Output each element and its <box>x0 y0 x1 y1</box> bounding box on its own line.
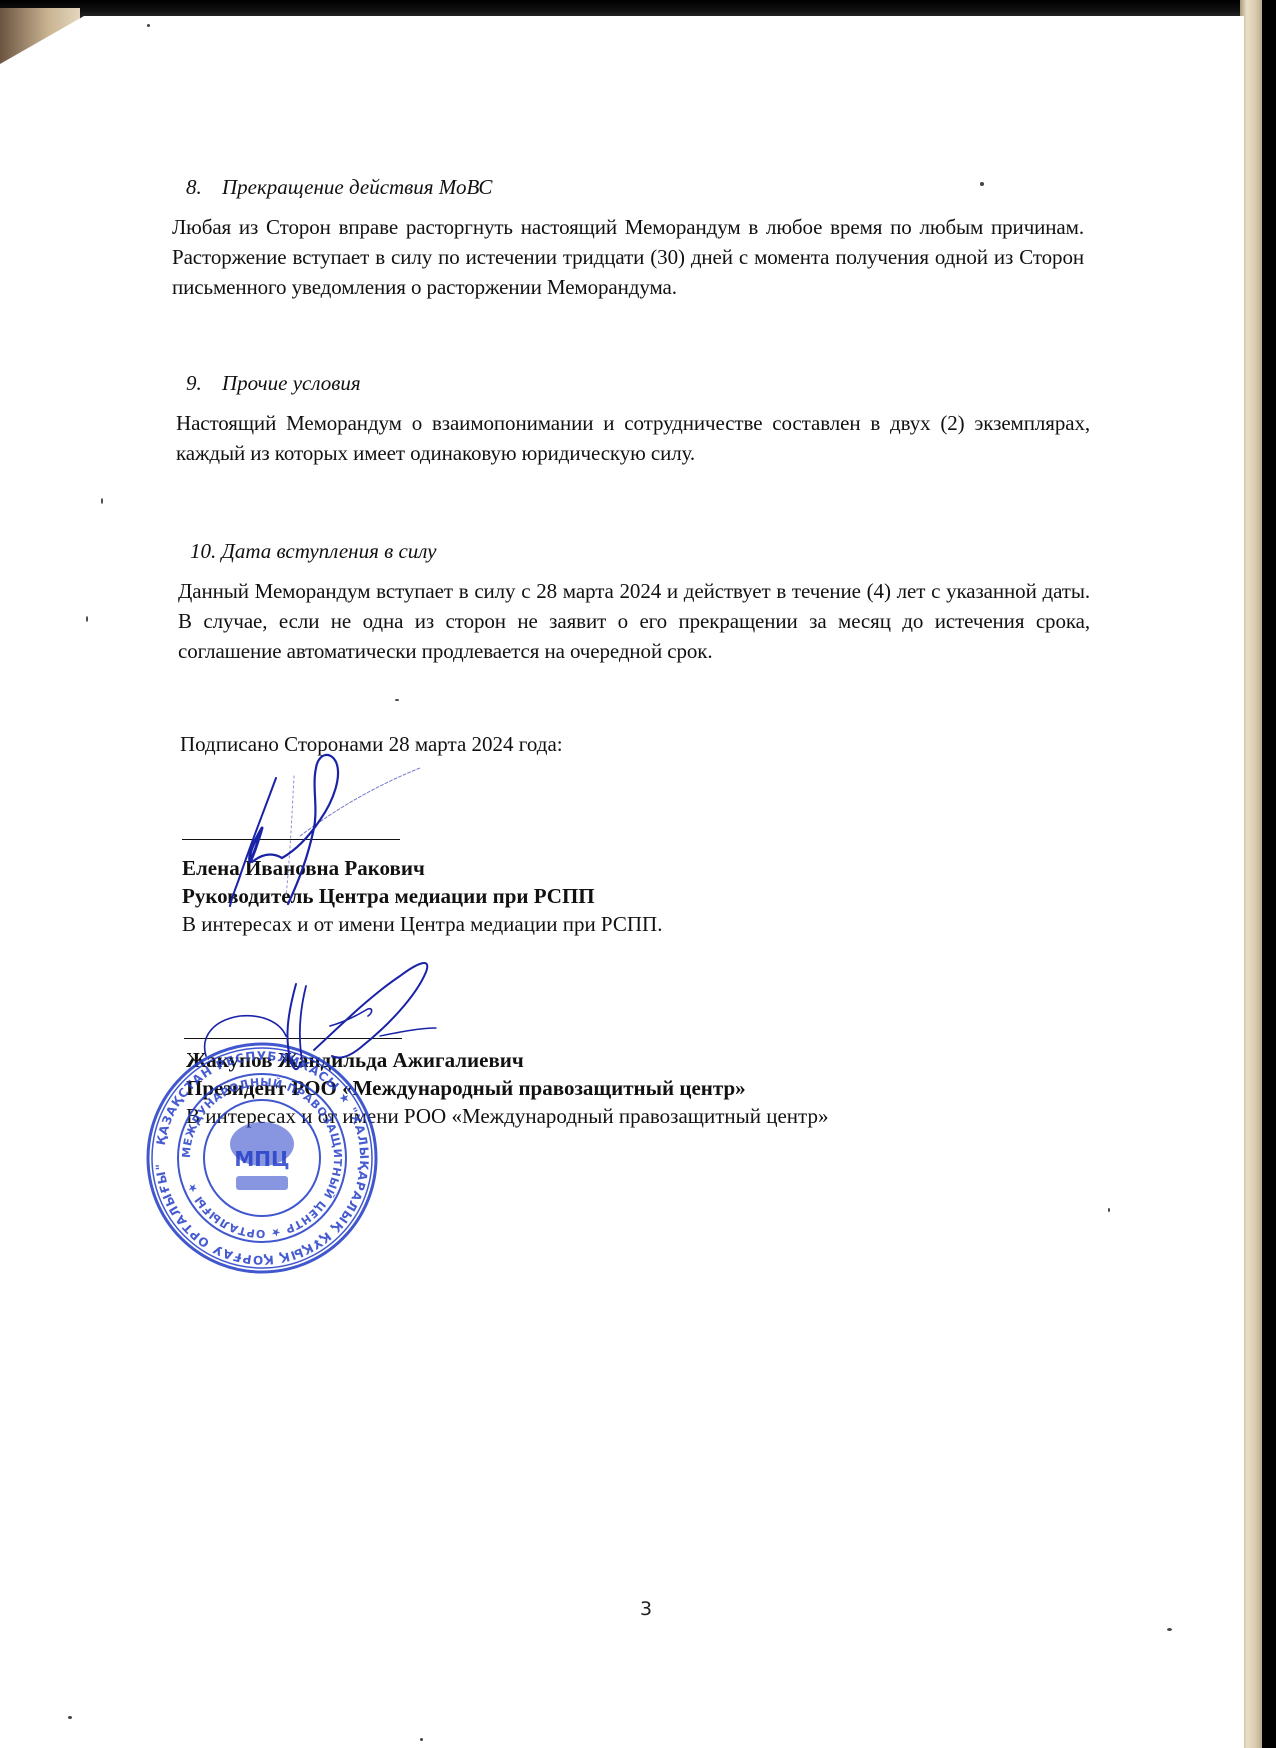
scan-speck <box>980 182 984 186</box>
signatory-2-on-behalf: В интересах и от имени РОО «Международны… <box>186 1102 828 1130</box>
svg-text:МПЦ: МПЦ <box>234 1147 289 1171</box>
scan-speck <box>68 1716 72 1719</box>
section-number: 9. <box>186 370 222 396</box>
scan-speck <box>395 699 399 701</box>
signed-date-line: Подписано Сторонами 28 марта 2024 года: <box>180 730 563 758</box>
signatory-1-position: Руководитель Центра медиации при РСПП <box>182 882 595 910</box>
section-8-paragraph: Любая из Сторон вправе расторгнуть насто… <box>172 212 1084 302</box>
section-title: Прекращение действия МоВС <box>222 175 492 199</box>
section-9-paragraph: Настоящий Меморандум о взаимопонимании и… <box>176 408 1090 468</box>
section-heading-9: 9.Прочие условия <box>186 370 361 396</box>
signatory-2-position: Президент РОО «Международный правозащитн… <box>186 1074 746 1102</box>
signature-line-2 <box>184 1038 402 1039</box>
section-heading-10: 10. Дата вступления в силу <box>190 538 436 564</box>
signatory-1-on-behalf: В интересах и от имени Центра медиации п… <box>182 910 662 938</box>
document-page: 8.Прекращение действия МоВС Любая из Сто… <box>0 16 1244 1748</box>
signatory-1-name: Елена Ивановна Ракович <box>182 854 425 882</box>
signatory-2-name: Жакупов Жандильда Ажигалиевич <box>186 1046 524 1074</box>
scan-speck <box>420 1738 423 1741</box>
scan-top-edge <box>0 0 1276 18</box>
section-heading-8: 8.Прекращение действия МоВС <box>186 174 492 200</box>
signature-line-1 <box>182 839 400 840</box>
section-number: 8. <box>186 174 222 200</box>
section-number: 10. <box>190 539 216 563</box>
scan-speck <box>101 498 103 504</box>
section-10-paragraph: Данный Меморандум вступает в силу с 28 м… <box>178 576 1090 666</box>
section-title: Дата вступления в силу <box>222 539 437 563</box>
scan-speck <box>1167 1628 1172 1631</box>
scan-speck <box>86 616 88 622</box>
scan-background <box>1262 0 1276 1748</box>
scan-speck <box>147 24 150 27</box>
section-title: Прочие условия <box>222 371 361 395</box>
page-number: 3 <box>640 1598 652 1620</box>
scan-speck <box>1108 1208 1110 1212</box>
